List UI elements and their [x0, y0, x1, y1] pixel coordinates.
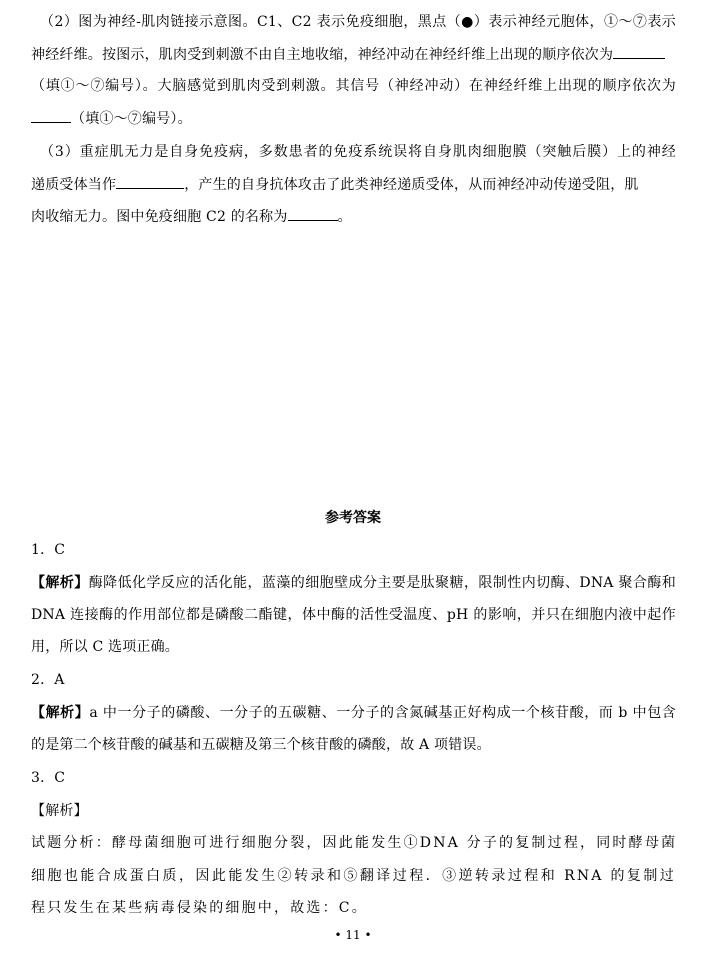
answer-blank-4[interactable] — [288, 206, 338, 221]
page-number: • 11 • — [0, 928, 706, 942]
answer-2-line-2: 的是第二个核苷酸的碱基和五碳糖及第三个核苷酸的磷酸，故 A 项错误。 — [31, 735, 676, 755]
q3-line-3a: 肉收缩无力。图中免疫细胞 C2 的名称为 — [31, 209, 288, 225]
answer-blank-3[interactable] — [116, 174, 184, 189]
analysis-label: 【解析】 — [31, 705, 89, 721]
answer-1-line-3: 用，所以 C 选项正确。 — [31, 637, 676, 657]
q3-line-3: 肉收缩无力。图中免疫细胞 C2 的名称为。 — [31, 206, 676, 227]
q3-line-1: （3）重症肌无力是自身免疫病，多数患者的免疫系统误将自身肌肉细胞膜（突触后膜）上… — [40, 142, 676, 162]
answer-3-line-3: 程只发生在某些病毒侵染的细胞中，故选：C。 — [31, 898, 676, 918]
analysis-text: a 中一分子的磷酸、一分子的五碳糖、一分子的含氮碱基正好构成一个核苷酸，而 b … — [89, 705, 676, 721]
q3-line-2a: 递质受体当作 — [31, 177, 116, 193]
answer-1-number: 1．C — [31, 540, 676, 560]
answer-blank-2[interactable] — [31, 108, 71, 123]
analysis-label: 【解析】 — [31, 803, 88, 819]
q2-line-1: （2）图为神经-肌肉链接示意图。C1、C2 表示免疫细胞，黑点（●）表示神经元胞… — [40, 12, 676, 32]
answer-2-number: 2．A — [31, 670, 676, 690]
analysis-label: 【解析】 — [31, 575, 89, 591]
q2-line-3: （填①～⑦编号）。大脑感觉到肌肉受到刺激。其信号（神经冲动）在神经纤维上出现的顺… — [31, 76, 676, 96]
q3-line-2: 递质受体当作，产生的自身抗体攻击了此类神经递质受体，从而神经冲动传递受阻，肌 — [31, 174, 676, 195]
q2-line-4-text: （填①～⑦编号）。 — [71, 111, 192, 127]
q3-line-2b: ，产生的自身抗体攻击了此类神经递质受体，从而神经冲动传递受阻，肌 — [184, 177, 638, 193]
answer-1-line-1: 【解析】酶降低化学反应的活化能，蓝藻的细胞壁成分主要是肽聚糖，限制性内切酶、DN… — [31, 573, 676, 593]
answer-3-line-2: 细胞也能合成蛋白质，因此能发生②转录和⑤翻译过程．③逆转录过程和 RNA 的复制… — [31, 866, 676, 886]
q3-line-3b: 。 — [338, 209, 352, 225]
answer-3-line-1: 试题分析：酵母菌细胞可进行细胞分裂，因此能发生①DNA 分子的复制过程，同时酵母… — [31, 833, 676, 853]
q2-line-2-text: 神经纤维。按图示，肌肉受到刺激不由自主地收缩，神经冲动在神经纤维上出现的顺序依次… — [31, 47, 613, 63]
q2-line-2: 神经纤维。按图示，肌肉受到刺激不由自主地收缩，神经冲动在神经纤维上出现的顺序依次… — [31, 44, 676, 65]
answer-2-line-1: 【解析】a 中一分子的磷酸、一分子的五碳糖、一分子的含氮碱基正好构成一个核苷酸，… — [31, 703, 676, 723]
answer-1-line-2: DNA 连接酶的作用部位都是磷酸二酯键，体中酶的活性受温度、pH 的影响，并只在… — [31, 605, 676, 625]
answer-3-label: 【解析】 — [31, 801, 676, 821]
answers-title: 参考答案 — [0, 507, 706, 527]
answer-blank-1[interactable] — [613, 44, 665, 59]
answer-3-number: 3．C — [31, 768, 676, 788]
q2-line-4: （填①～⑦编号）。 — [31, 108, 676, 129]
analysis-text: 酶降低化学反应的活化能，蓝藻的细胞壁成分主要是肽聚糖，限制性内切酶、DNA 聚合… — [89, 575, 676, 591]
